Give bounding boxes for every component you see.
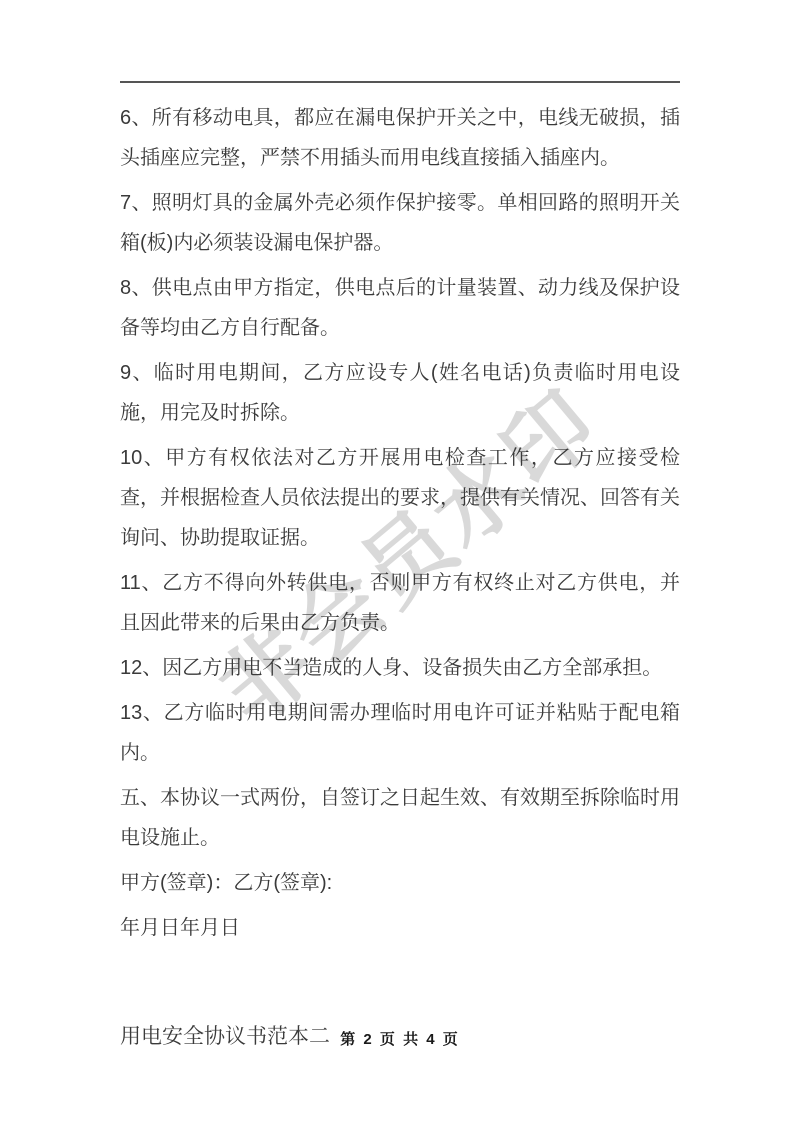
paragraph-item-10: 10、甲方有权依法对乙方开展用电检查工作，乙方应接受检查，并根据检查人员依法提出… bbox=[120, 438, 680, 558]
header-divider bbox=[120, 81, 680, 83]
document-body: 6、所有移动电具，都应在漏电保护开关之中，电线无破损，插头插座应完整，严禁不用插… bbox=[120, 81, 680, 1050]
page-number-footer: 第 2 页 共 4 页 bbox=[0, 1028, 800, 1049]
paragraph-item-12: 12、因乙方用电不当造成的人身、设备损失由乙方全部承担。 bbox=[120, 648, 680, 688]
paragraph-item-13: 13、乙方临时用电期间需办理临时用电许可证并粘贴于配电箱内。 bbox=[120, 693, 680, 773]
paragraph-clause-5: 五、本协议一式两份，自签订之日起生效、有效期至拆除临时用电设施止。 bbox=[120, 778, 680, 858]
document-page: 非会员水印 6、所有移动电具，都应在漏电保护开关之中，电线无破损，插头插座应完整… bbox=[0, 0, 800, 1131]
signature-line: 甲方(签章)：乙方(签章): bbox=[120, 863, 680, 903]
paragraph-item-8: 8、供电点由甲方指定，供电点后的计量装置、动力线及保护设备等均由乙方自行配备。 bbox=[120, 268, 680, 348]
date-line: 年月日年月日 bbox=[120, 908, 680, 948]
paragraph-item-6: 6、所有移动电具，都应在漏电保护开关之中，电线无破损，插头插座应完整，严禁不用插… bbox=[120, 98, 680, 178]
paragraph-item-7: 7、照明灯具的金属外壳必须作保护接零。单相回路的照明开关箱(板)内必须装设漏电保… bbox=[120, 183, 680, 263]
paragraph-item-11: 11、乙方不得向外转供电，否则甲方有权终止对乙方供电，并且因此带来的后果由乙方负… bbox=[120, 563, 680, 643]
paragraph-item-9: 9、临时用电期间，乙方应设专人(姓名电话)负责临时用电设施，用完及时拆除。 bbox=[120, 353, 680, 433]
